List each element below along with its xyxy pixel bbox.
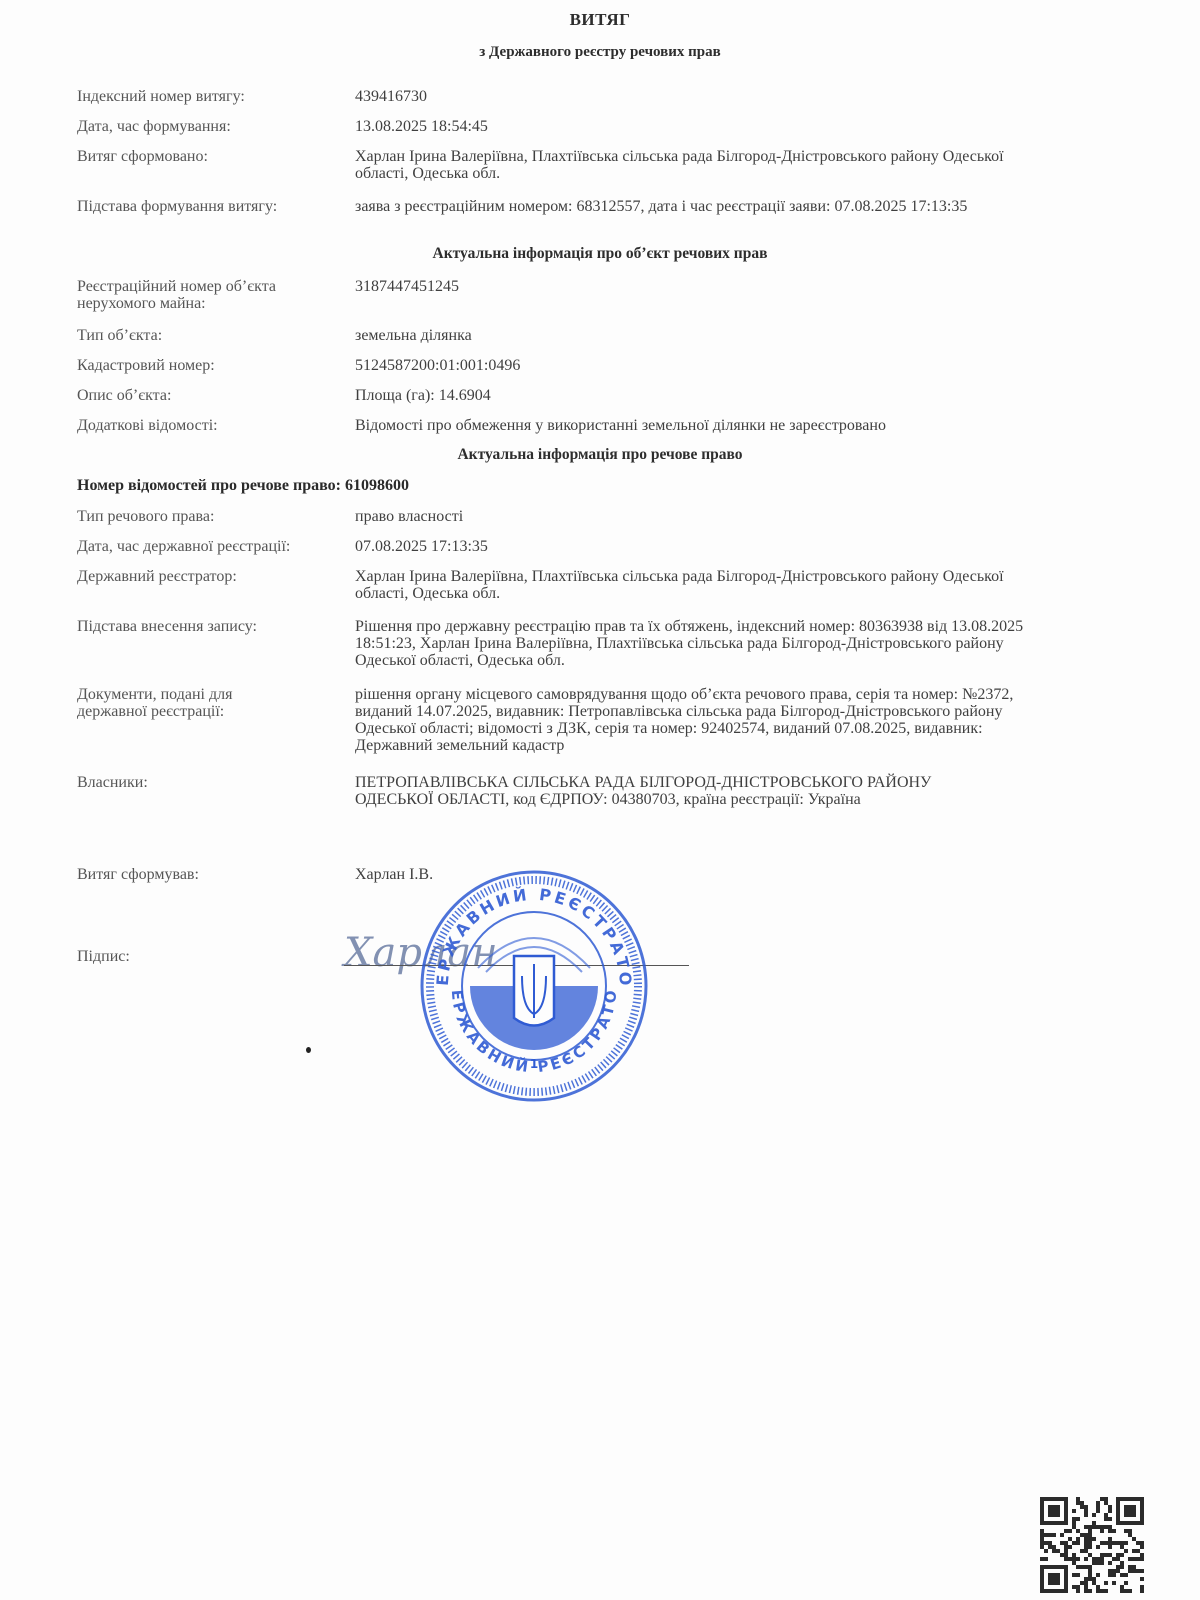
document-title: ВИТЯГ <box>0 10 1200 30</box>
field-value: право власності <box>355 508 1055 525</box>
field-value: 5124587200:01:001:0496 <box>355 357 1055 374</box>
section-title-object: Актуальна інформація про об’єкт речових … <box>0 245 1200 263</box>
field-label: Тип речового права: <box>77 508 342 525</box>
field-value: 13.08.2025 18:54:45 <box>355 118 1055 135</box>
qr-code-icon[interactable] <box>1040 1497 1144 1593</box>
field-label: Підстава внесення запису: <box>77 618 342 635</box>
section-title-right: Актуальна інформація про речове право <box>0 446 1200 464</box>
field-value: Харлан Ірина Валеріївна, Плахтіївська сі… <box>355 148 1055 182</box>
document-subtitle: з Державного реєстру речових прав <box>0 44 1200 61</box>
official-stamp-icon: ДЕРЖАВНИЙ РЕЄСТРАТОР ДЕРЖАВНИЙ РЕЄСТРАТО… <box>418 868 650 1104</box>
field-label: Підпис: <box>77 948 342 965</box>
field-label: Опис об’єкта: <box>77 387 342 404</box>
field-label: Витяг сформовано: <box>77 148 342 165</box>
field-label: Підстава формування витягу: <box>77 198 342 215</box>
right-record-number: Номер відомостей про речове право: 61098… <box>77 477 409 495</box>
field-value: заява з реєстраційним номером: 68312557,… <box>355 198 1055 215</box>
field-value: ПЕТРОПАВЛІВСЬКА СІЛЬСЬКА РАДА БІЛГОРОД-Д… <box>355 774 1005 808</box>
field-value: рішення органу місцевого самоврядування … <box>355 686 1055 754</box>
field-value: Відомості про обмеження у використанні з… <box>355 417 1055 434</box>
field-value: 439416730 <box>355 88 1055 105</box>
field-label: Дата, час формування: <box>77 118 342 135</box>
field-value: Площа (га): 14.6904 <box>355 387 1055 404</box>
field-value: 07.08.2025 17:13:35 <box>355 538 1055 555</box>
field-label: Дата, час державної реєстрації: <box>77 538 342 555</box>
svg-text:1: 1 <box>530 1057 538 1071</box>
field-label: Тип об’єкта: <box>77 327 342 344</box>
field-label: Власники: <box>77 774 342 791</box>
field-label: Витяг сформував: <box>77 866 342 883</box>
field-label: Кадастровий номер: <box>77 357 342 374</box>
field-label: Додаткові відомості: <box>77 417 342 434</box>
field-label: Індексний номер витягу: <box>77 88 342 105</box>
field-value: земельна ділянка <box>355 327 1055 344</box>
field-value: Рішення про державну реєстрацію прав та … <box>355 618 1055 669</box>
field-label: Документи, подані для державної реєстрац… <box>77 686 277 720</box>
field-label: Державний реєстратор: <box>77 568 342 585</box>
field-label: Реєстраційний номер об’єкта нерухомого м… <box>77 278 342 312</box>
field-value: Харлан Ірина Валеріївна, Плахтіївська сі… <box>355 568 1055 602</box>
ink-dot <box>306 1047 311 1053</box>
field-value: 3187447451245 <box>355 278 1055 295</box>
